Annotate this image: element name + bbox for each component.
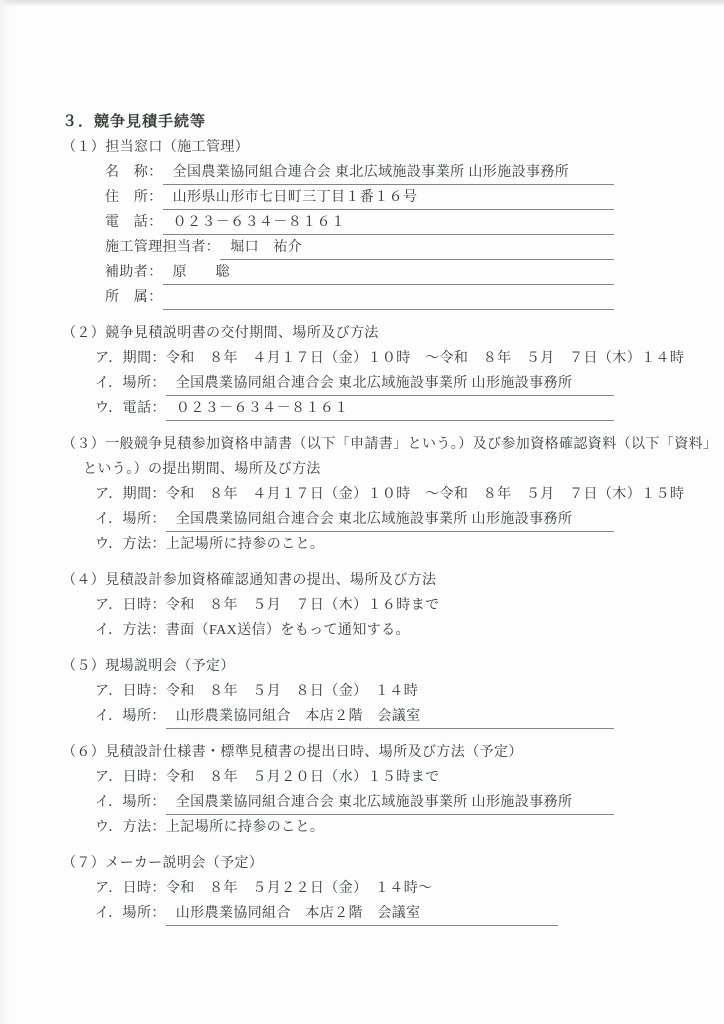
scanned-document-page: ３．競争見積手続等 （１）担当窓口（施工管理） 名 称： 全国農業協同組合連合会… [0, 0, 724, 1024]
section-3: （３）一般競争見積参加資格申請書（以下「申請書」という。）及び参加資格確認資料（… [62, 432, 706, 557]
method-value: 上記場所に持参のこと。 [166, 820, 324, 835]
period-value: 令和 ８年 ４月１７日（金）１０時 ～令和 ８年 ５月 ７日（木）１５時 [166, 487, 684, 502]
field-row-manager: 施工管理担当者： 堀口 祐介 [105, 235, 614, 260]
datetime-label: ア．日時： [95, 684, 166, 699]
method-label: ウ．方法： [95, 820, 166, 835]
field-value-name: 全国農業協同組合連合会 東北広域施設事業所 山形施設事務所 [163, 160, 614, 185]
place-value: 全国農業協同組合連合会 東北広域施設事業所 山形施設事務所 [166, 371, 614, 396]
section-6-method-row: ウ．方法：上記場所に持参のこと。 [95, 815, 706, 840]
place-label: イ．場所： [95, 901, 166, 926]
field-label-phone: 電 話： [105, 210, 163, 235]
place-value: 全国農業協同組合連合会 東北広域施設事業所 山形施設事務所 [166, 507, 614, 532]
section-5-heading: （５）現場説明会（予定） [62, 654, 706, 679]
field-value-manager: 堀口 祐介 [220, 235, 614, 260]
document-title: ３．競争見積手続等 [62, 110, 706, 135]
field-row-name: 名 称： 全国農業協同組合連合会 東北広域施設事業所 山形施設事務所 [105, 160, 614, 185]
field-value-department [163, 285, 614, 310]
field-value-address: 山形県山形市七日町三丁目１番１６号 [163, 185, 614, 210]
section-1-heading: （１）担当窓口（施工管理） [62, 135, 706, 160]
section-3-period-row: ア．期間：令和 ８年 ４月１７日（金）１０時 ～令和 ８年 ５月 ７日（木）１５… [95, 482, 706, 507]
place-value: 全国農業協同組合連合会 東北広域施設事業所 山形施設事務所 [166, 790, 614, 815]
section-5-datetime-row: ア．日時：令和 ８年 ５月 ８日（金） １４時 [95, 679, 706, 704]
field-label-manager: 施工管理担当者： [105, 235, 220, 260]
section-7-place-row: イ．場所： 山形農業協同組合 本店２階 会議室 [95, 901, 558, 926]
section-4-datetime-row: ア．日時：令和 ８年 ５月 ７日（木）１６時まで [95, 593, 706, 618]
datetime-value: 令和 ８年 ５月 ７日（木）１６時まで [166, 598, 440, 613]
section-7-heading: （７）メーカー説明会（予定） [62, 851, 706, 876]
section-2-place-row: イ．場所： 全国農業協同組合連合会 東北広域施設事業所 山形施設事務所 [95, 371, 614, 396]
phone-value: ０２３－６３４－８１６１ [166, 396, 614, 421]
section-5: （５）現場説明会（予定） ア．日時：令和 ８年 ５月 ８日（金） １４時 イ．場… [62, 654, 706, 729]
field-label-department: 所 属： [105, 285, 163, 310]
place-value: 山形農業協同組合 本店２階 会議室 [166, 704, 614, 729]
section-4: （４）見積設計参加資格確認通知書の提出、場所及び方法 ア．日時：令和 ８年 ５月… [62, 568, 706, 643]
place-label: イ．場所： [95, 704, 166, 729]
method-label: ウ．方法： [95, 537, 166, 552]
section-3-heading-line1: （３）一般競争見積参加資格申請書（以下「申請書」という。）及び参加資格確認資料（… [62, 432, 706, 457]
section-7: （７）メーカー説明会（予定） ア．日時：令和 ８年 ５月２２日（金） １４時～ … [62, 851, 706, 926]
field-value-phone: ０２３－６３４－８１６１ [163, 210, 614, 235]
section-4-method-row: イ．方法：書面（FAX送信）をもって通知する。 [95, 618, 706, 643]
method-value: 書面（FAX送信）をもって通知する。 [166, 623, 410, 638]
method-value: 上記場所に持参のこと。 [166, 537, 324, 552]
datetime-value: 令和 ８年 ５月 ８日（金） １４時 [166, 684, 418, 699]
section-4-heading: （４）見積設計参加資格確認通知書の提出、場所及び方法 [62, 568, 706, 593]
section-1: （１）担当窓口（施工管理） 名 称： 全国農業協同組合連合会 東北広域施設事業所… [62, 135, 706, 310]
place-label: イ．場所： [95, 371, 166, 396]
section-7-datetime-row: ア．日時：令和 ８年 ５月２２日（金） １４時～ [95, 876, 706, 901]
section-3-heading-line2: という。）の提出期間、場所及び方法 [83, 457, 706, 482]
field-label-name: 名 称： [105, 160, 163, 185]
section-2-heading: （２）競争見積説明書の交付期間、場所及び方法 [62, 321, 706, 346]
datetime-label: ア．日時： [95, 881, 166, 896]
section-6: （６）見積設計仕様書・標準見積書の提出日時、場所及び方法（予定） ア．日時：令和… [62, 740, 706, 840]
section-5-place-row: イ．場所： 山形農業協同組合 本店２階 会議室 [95, 704, 614, 729]
section-3-place-row: イ．場所： 全国農業協同組合連合会 東北広域施設事業所 山形施設事務所 [95, 507, 614, 532]
scanner-left-edge [0, 0, 10, 1024]
section-3-method-row: ウ．方法：上記場所に持参のこと。 [95, 532, 706, 557]
place-value: 山形農業協同組合 本店２階 会議室 [166, 901, 558, 926]
datetime-label: ア．日時： [95, 770, 166, 785]
field-row-phone: 電 話： ０２３－６３４－８１６１ [105, 210, 614, 235]
field-row-address: 住 所： 山形県山形市七日町三丁目１番１６号 [105, 185, 614, 210]
section-2-phone-row: ウ．電話： ０２３－６３４－８１６１ [95, 396, 614, 421]
field-value-assistant: 原 聡 [163, 260, 614, 285]
field-row-assistant: 補助者： 原 聡 [105, 260, 614, 285]
field-label-assistant: 補助者： [105, 260, 163, 285]
datetime-value: 令和 ８年 ５月２２日（金） １４時～ [166, 881, 433, 896]
field-label-address: 住 所： [105, 185, 163, 210]
datetime-value: 令和 ８年 ５月２０日（水）１５時まで [166, 770, 440, 785]
section-2-period-row: ア．期間：令和 ８年 ４月１７日（金）１０時 ～令和 ８年 ５月 ７日（木）１４… [95, 346, 706, 371]
period-value: 令和 ８年 ４月１７日（金）１０時 ～令和 ８年 ５月 ７日（木）１４時 [166, 351, 684, 366]
period-label: ア．期間： [95, 351, 166, 366]
section-6-datetime-row: ア．日時：令和 ８年 ５月２０日（水）１５時まで [95, 765, 706, 790]
scanner-top-edge [0, 0, 724, 6]
section-6-heading: （６）見積設計仕様書・標準見積書の提出日時、場所及び方法（予定） [62, 740, 706, 765]
phone-label: ウ．電話： [95, 396, 166, 421]
period-label: ア．期間： [95, 487, 166, 502]
section-6-place-row: イ．場所： 全国農業協同組合連合会 東北広域施設事業所 山形施設事務所 [95, 790, 614, 815]
section-2: （２）競争見積説明書の交付期間、場所及び方法 ア．期間：令和 ８年 ４月１７日（… [62, 321, 706, 421]
place-label: イ．場所： [95, 507, 166, 532]
datetime-label: ア．日時： [95, 598, 166, 613]
place-label: イ．場所： [95, 790, 166, 815]
method-label: イ．方法： [95, 623, 166, 638]
field-row-department: 所 属： [105, 285, 614, 310]
